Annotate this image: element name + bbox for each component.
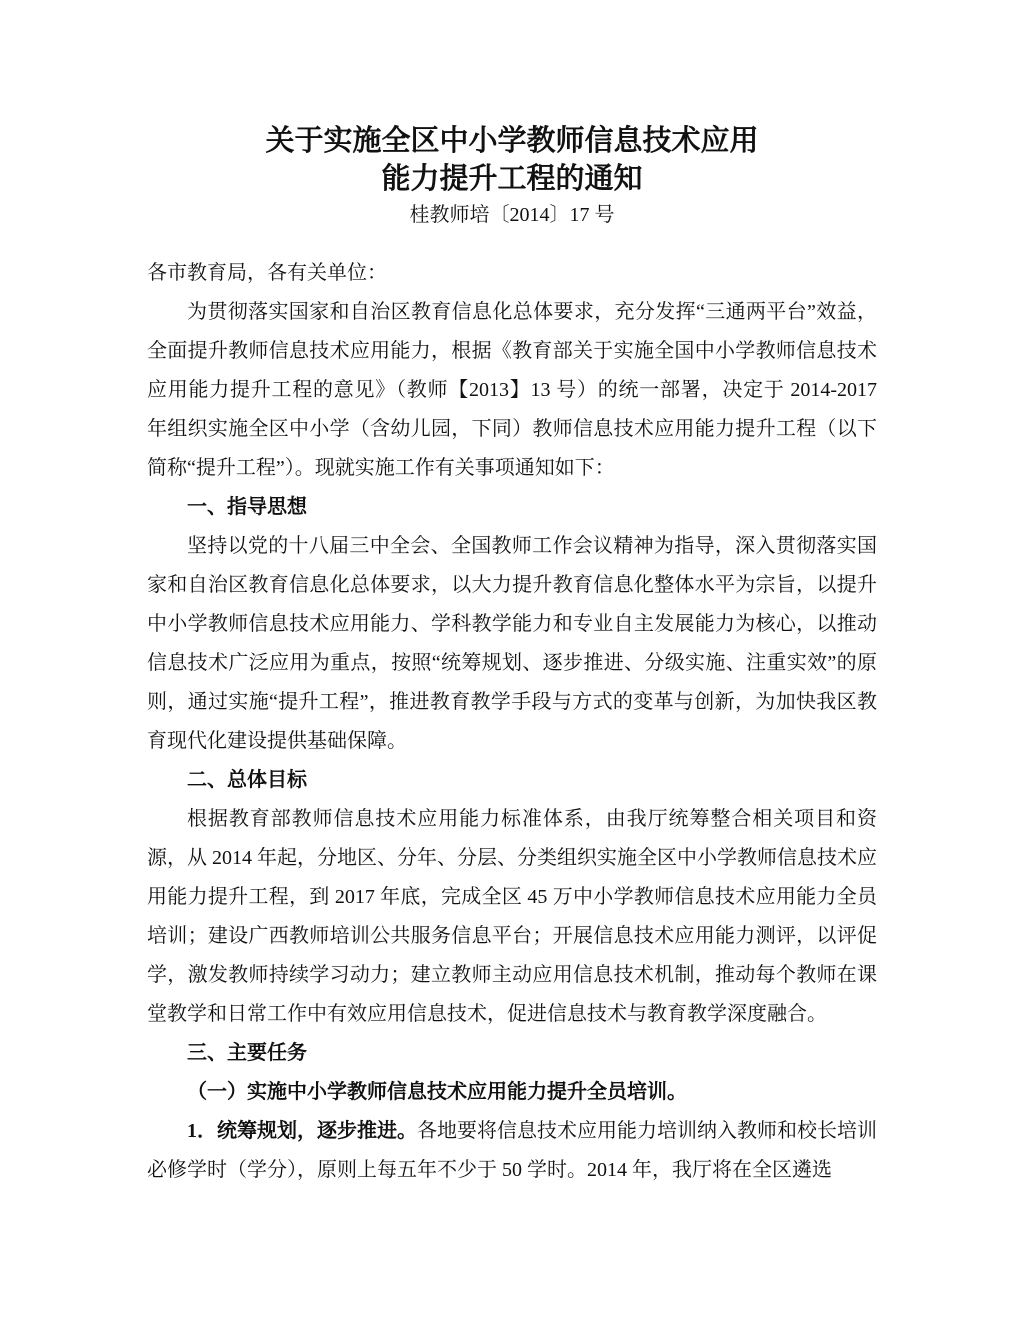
section-1-paragraph: 坚持以党的十八届三中全会、全国教师工作会议精神为指导，深入贯彻落实国家和自治区教… xyxy=(147,527,877,761)
document-title: 关于实施全区中小学教师信息技术应用 能力提升工程的通知 xyxy=(147,122,877,198)
document-body: 各市教育局，各有关单位： 为贯彻落实国家和自治区教育信息化总体要求，充分发挥“三… xyxy=(147,254,877,1190)
section-2-heading: 二、总体目标 xyxy=(147,761,877,800)
document-number: 桂教师培〔2014〕17 号 xyxy=(147,202,877,228)
section-3-subheading: （一）实施中小学教师信息技术应用能力提升全员培训。 xyxy=(147,1073,877,1112)
section-2-paragraph: 根据教育部教师信息技术应用能力标准体系，由我厅统筹整合相关项目和资源，从 201… xyxy=(147,800,877,1034)
document-title-line1: 关于实施全区中小学教师信息技术应用 xyxy=(265,125,758,157)
document-page: 关于实施全区中小学教师信息技术应用 能力提升工程的通知 桂教师培〔2014〕17… xyxy=(0,0,1020,1320)
section-1-heading: 一、指导思想 xyxy=(147,488,877,527)
task-1-lead: 1．统筹规划，逐步推进。 xyxy=(187,1120,417,1142)
task-1-paragraph: 1．统筹规划，逐步推进。各地要将信息技术应用能力培训纳入教师和校长培训必修学时（… xyxy=(147,1112,877,1190)
document-title-line2: 能力提升工程的通知 xyxy=(381,163,642,195)
intro-paragraph: 为贯彻落实国家和自治区教育信息化总体要求，充分发挥“三通两平台”效益，全面提升教… xyxy=(147,293,877,488)
section-3-heading: 三、主要任务 xyxy=(147,1034,877,1073)
salutation: 各市教育局，各有关单位： xyxy=(147,254,877,293)
